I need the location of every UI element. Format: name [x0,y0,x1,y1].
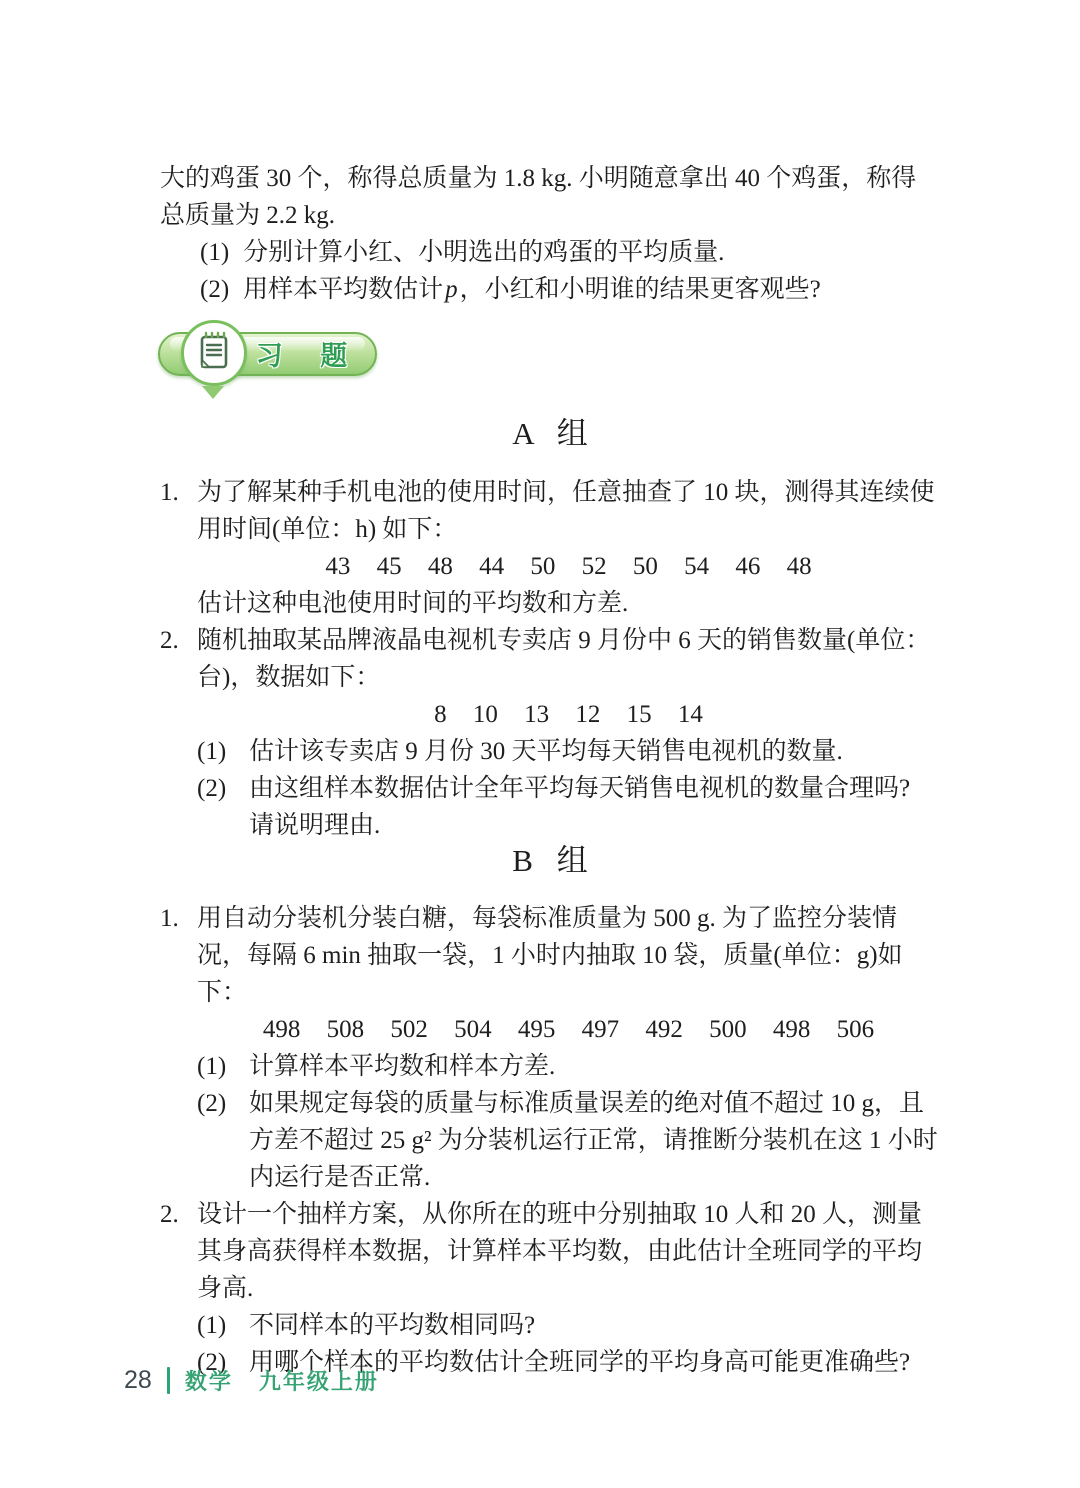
problem-number: 2. [160,622,197,844]
problem-text: 为了解某种手机电池的使用时间，任意抽查了 10 块，测得其连续使用时间(单位：h… [197,474,940,548]
subitem-text: 如果规定每袋的质量与标准质量误差的绝对值不超过 10 g，且方差不超过 25 g… [249,1085,940,1196]
subitem: (2) 由这组样本数据估计全年平均每天销售电视机的数量合理吗? 请说明理由. [197,770,940,844]
subitem: (1) 计算样本平均数和样本方差. [197,1048,940,1085]
subitem: (1) 估计该专卖店 9 月份 30 天平均每天销售电视机的数量. [197,733,940,770]
subitem-label: (1) [197,1048,233,1085]
page-number: 28 [124,1366,152,1395]
problem-tail: 估计这种电池使用时间的平均数和方差. [197,585,940,622]
exercises-badge: 习 题 [158,320,398,402]
problem-body: 用自动分装机分装白糖，每袋标准质量为 500 g. 为了监控分装情况，每隔 6 … [197,900,940,1196]
chevron-down-icon [202,386,224,399]
subitem-label: (1) [197,733,233,770]
subitem-text: 不同样本的平均数相同吗? [249,1307,940,1344]
intro-item-text: 用样本平均数估计p，小红和小明谁的结果更客观些? [243,271,821,308]
problem-body: 随机抽取某品牌液晶电视机专卖店 9 月份中 6 天的销售数量(单位：台)，数据如… [197,622,940,844]
intro-item-text-before: 用样本平均数估计 [243,276,443,303]
variable-p: p [443,276,460,303]
subitem-label: (1) [197,1307,233,1344]
subitem-text: 估计该专卖店 9 月份 30 天平均每天销售电视机的数量. [249,733,940,770]
data-values-row: 498 508 502 504 495 497 492 500 498 506 [197,1011,940,1048]
problem-body: 设计一个抽样方案，从你所在的班中分别抽取 10 人和 20 人，测量其身高获得样… [197,1196,940,1381]
subitem-text: 由这组样本数据估计全年平均每天销售电视机的数量合理吗? 请说明理由. [249,770,940,844]
notepad-icon [193,329,235,378]
intro-section: 大的鸡蛋 30 个，称得总质量为 1.8 kg. 小明随意拿出 40 个鸡蛋，称… [160,160,940,308]
volume-label: 九年级上册 [259,1365,379,1396]
intro-item-text: 分别计算小红、小明选出的鸡蛋的平均质量. [243,234,724,271]
subitem-label: (2) [197,1085,233,1196]
data-values-row: 8 10 13 12 15 14 [197,696,940,733]
intro-item-label: (1) [200,234,229,271]
group-b-heading: B 组 [160,840,940,882]
problem-a2: 2. 随机抽取某品牌液晶电视机专卖店 9 月份中 6 天的销售数量(单位：台)，… [160,622,940,844]
badge-circle [181,320,247,386]
intro-item-text-after: ，小红和小明谁的结果更客观些? [460,276,821,303]
subitem-label: (2) [197,770,233,844]
problem-number: 1. [160,900,197,1196]
page-footer: 28 数学 九年级上册 [124,1365,379,1396]
group-b-problems: 1. 用自动分装机分装白糖，每袋标准质量为 500 g. 为了监控分装情况，每隔… [160,900,940,1381]
problem-text: 随机抽取某品牌液晶电视机专卖店 9 月份中 6 天的销售数量(单位：台)，数据如… [197,622,940,696]
footer-divider [167,1367,170,1394]
subitem: (2) 如果规定每袋的质量与标准质量误差的绝对值不超过 10 g，且方差不超过 … [197,1085,940,1196]
subitem-text: 计算样本平均数和样本方差. [249,1048,940,1085]
textbook-page: 大的鸡蛋 30 个，称得总质量为 1.8 kg. 小明随意拿出 40 个鸡蛋，称… [0,0,1080,1488]
problem-number: 2. [160,1196,197,1381]
problem-number: 1. [160,474,197,622]
problem-b1: 1. 用自动分装机分装白糖，每袋标准质量为 500 g. 为了监控分装情况，每隔… [160,900,940,1196]
problem-b2: 2. 设计一个抽样方案，从你所在的班中分别抽取 10 人和 20 人，测量其身高… [160,1196,940,1381]
group-a-problems: 1. 为了解某种手机电池的使用时间，任意抽查了 10 块，测得其连续使用时间(单… [160,474,940,844]
group-a-heading: A 组 [160,413,940,455]
problem-text: 设计一个抽样方案，从你所在的班中分别抽取 10 人和 20 人，测量其身高获得样… [197,1196,940,1307]
subject-label: 数学 [185,1365,233,1396]
problem-body: 为了解某种手机电池的使用时间，任意抽查了 10 块，测得其连续使用时间(单位：h… [197,474,940,622]
intro-paragraph: 大的鸡蛋 30 个，称得总质量为 1.8 kg. 小明随意拿出 40 个鸡蛋，称… [160,160,940,234]
intro-item-label: (2) [200,271,229,308]
intro-item: (1) 分别计算小红、小明选出的鸡蛋的平均质量. [160,234,940,271]
problem-text: 用自动分装机分装白糖，每袋标准质量为 500 g. 为了监控分装情况，每隔 6 … [197,900,940,1011]
data-values-row: 43 45 48 44 50 52 50 54 46 48 [197,548,940,585]
intro-item: (2) 用样本平均数估计p，小红和小明谁的结果更客观些? [160,271,940,308]
subitem: (1) 不同样本的平均数相同吗? [197,1307,940,1344]
problem-a1: 1. 为了解某种手机电池的使用时间，任意抽查了 10 块，测得其连续使用时间(单… [160,474,940,622]
badge-label: 习 题 [238,338,367,374]
